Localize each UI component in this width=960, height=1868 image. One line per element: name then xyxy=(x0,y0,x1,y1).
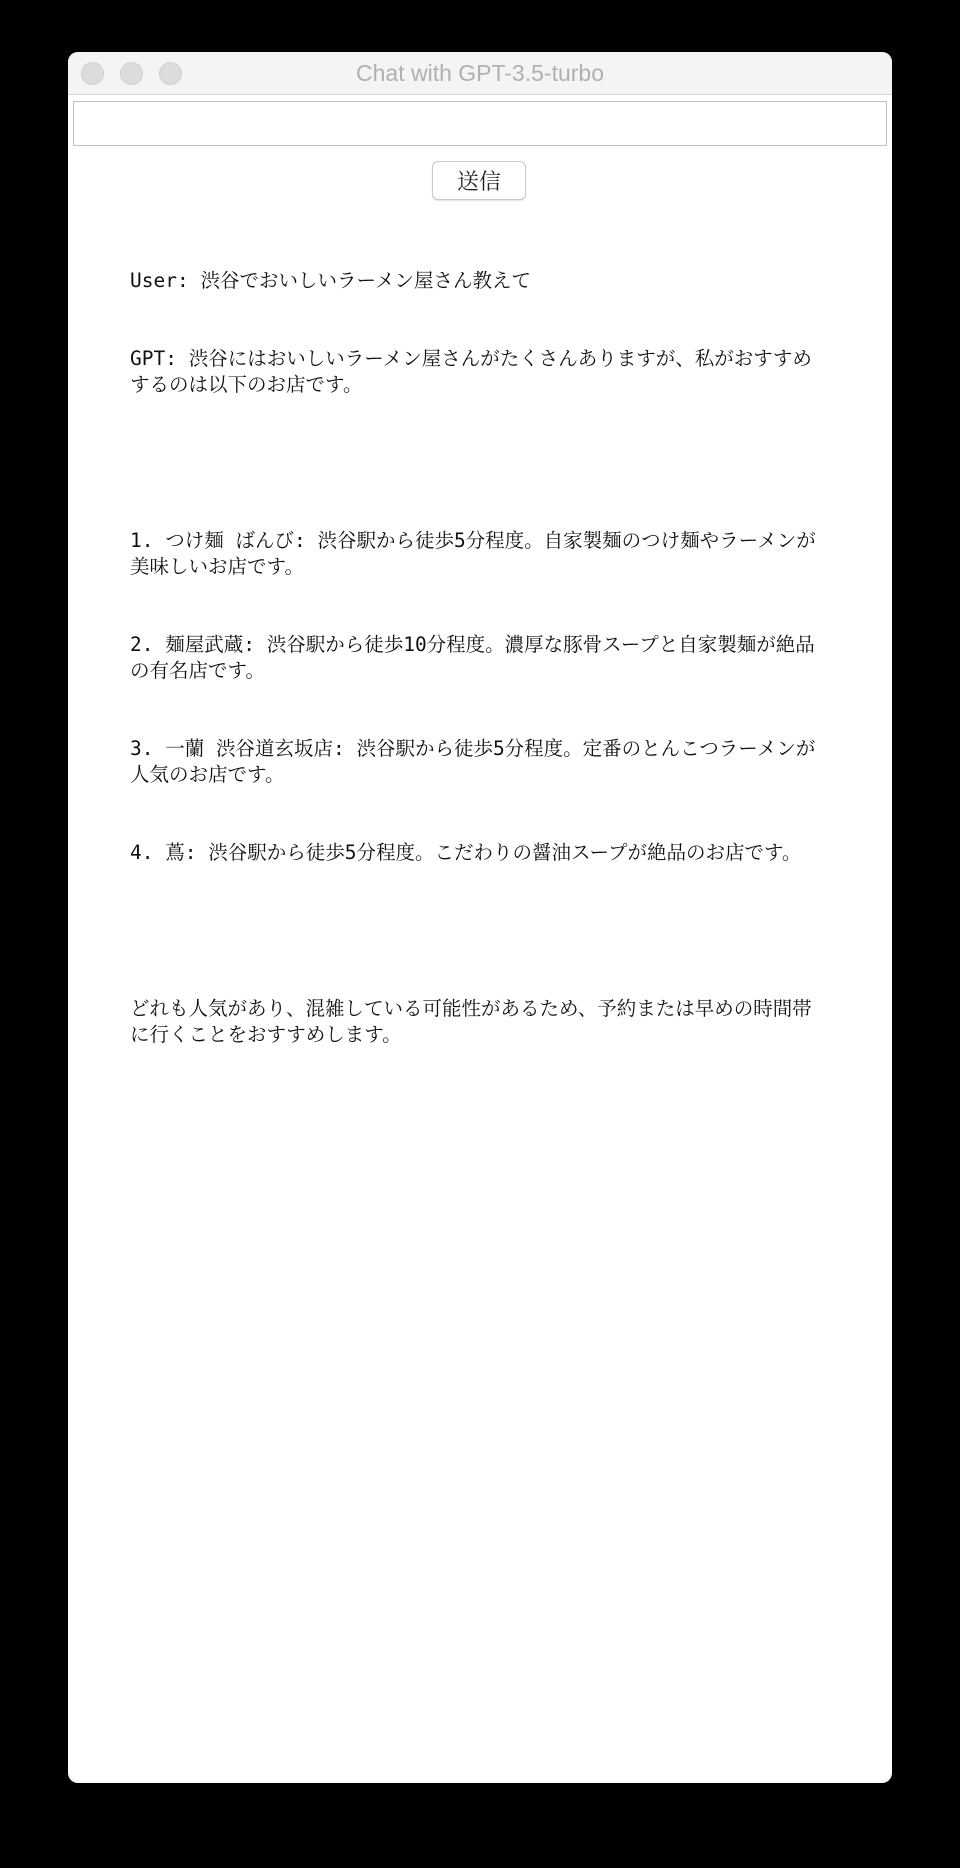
chat-line-item-1: 1. つけ麺 ばんび: 渋谷駅から徒歩5分程度。自家製麺のつけ麺やラーメンが美味… xyxy=(130,528,830,580)
app-window: Chat with GPT-3.5-turbo 送信 User: 渋谷でおいしい… xyxy=(68,52,892,1783)
chat-line-item-2: 2. 麺屋武蔵: 渋谷駅から徒歩10分程度。濃厚な豚骨スープと自家製麺が絶品の有… xyxy=(130,632,830,684)
chat-log: User: 渋谷でおいしいラーメン屋さん教えて GPT: 渋谷にはおいしいラーメ… xyxy=(130,216,830,1100)
chat-line-blank xyxy=(130,450,830,476)
window-title: Chat with GPT-3.5-turbo xyxy=(68,52,892,94)
message-input[interactable] xyxy=(73,101,887,146)
title-bar[interactable]: Chat with GPT-3.5-turbo xyxy=(68,52,892,95)
chat-line-item-3: 3. 一蘭 渋谷道玄坂店: 渋谷駅から徒歩5分程度。定番のとんこつラーメンが人気… xyxy=(130,736,830,788)
chat-line-blank xyxy=(130,918,830,944)
chat-line-closing: どれも人気があり、混雑している可能性があるため、予約または早めの時間帯に行くこと… xyxy=(130,996,830,1048)
chat-line-gpt: GPT: 渋谷にはおいしいラーメン屋さんがたくさんありますが、私がおすすめするの… xyxy=(130,346,830,398)
chat-line-item-4: 4. 蔦: 渋谷駅から徒歩5分程度。こだわりの醤油スープが絶品のお店です。 xyxy=(130,840,830,866)
chat-line-user: User: 渋谷でおいしいラーメン屋さん教えて xyxy=(130,268,830,294)
send-button[interactable]: 送信 xyxy=(432,161,526,200)
